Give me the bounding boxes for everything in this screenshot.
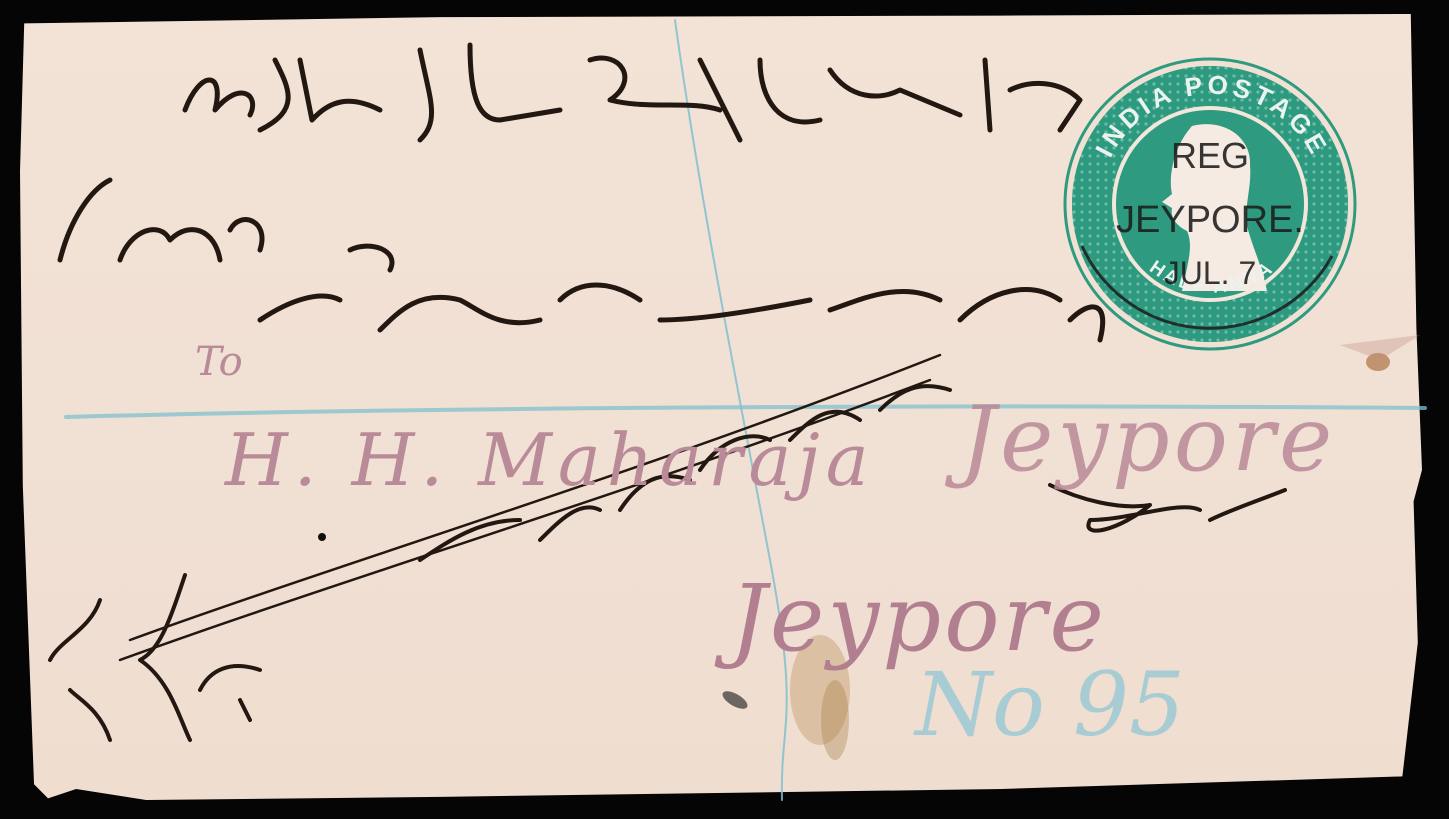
address-recipient: H. H. Maharaja <box>223 418 875 502</box>
postmark-line1: REG <box>1171 135 1249 176</box>
postmark-line3: JUL. 7 <box>1164 255 1256 291</box>
registration-number: No 95 <box>913 653 1185 756</box>
address-city: Jeypore <box>944 387 1336 492</box>
postmark-line2: JEYPORE. <box>1116 199 1304 241</box>
postage-stamp: INDIA POSTAGE HALF ANNA REG JEYPORE. JUL… <box>1062 56 1358 352</box>
address-prefix: To <box>195 339 243 385</box>
english-address: To H. H. Maharaja Jeypore Jeypore No 95 <box>195 339 1336 756</box>
